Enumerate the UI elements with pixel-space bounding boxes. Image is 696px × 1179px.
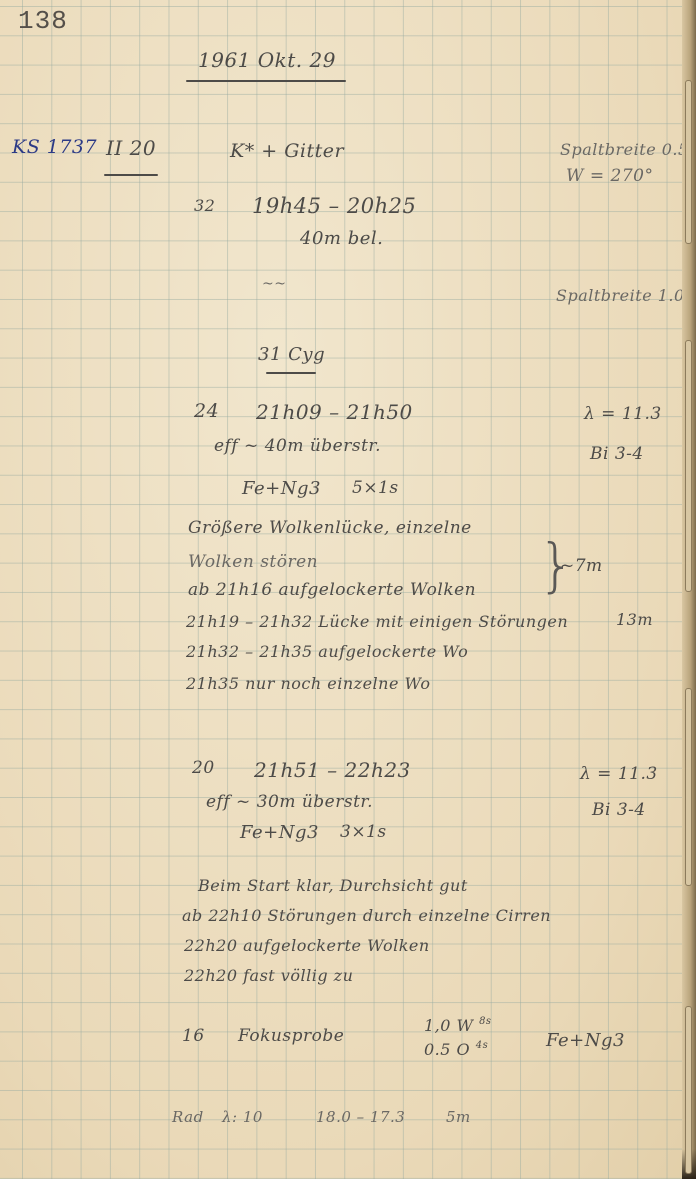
- remark-line: Beim Start klar, Durchsicht gut: [198, 876, 468, 895]
- exposure-note: 40m bel.: [300, 228, 383, 249]
- effective-exposure: eff ~ 30m überstr.: [206, 792, 373, 812]
- object-underline: [266, 372, 316, 374]
- binding-tab: [685, 1006, 692, 1174]
- slit-width-note-2: Spaltbreite 1.00: [556, 286, 695, 305]
- time-start: 21h09: [256, 400, 322, 424]
- remark-line: ab 22h10 Störungen durch einzelne Cirren: [182, 906, 551, 925]
- focus-unit: W: [457, 1016, 474, 1035]
- binding-tab: [685, 340, 692, 592]
- comparison-exposure: 3×1s: [340, 822, 387, 842]
- time-end: 22h23: [345, 758, 411, 782]
- remark-line: Wolken stören: [188, 552, 318, 572]
- time-range: 21h09 – 21h50: [256, 400, 413, 424]
- focus-unit: O: [457, 1040, 471, 1059]
- remark-line: 21h35 nur noch einzelne Wo: [186, 674, 431, 693]
- footer-range: 18.0 – 17.3: [316, 1108, 405, 1126]
- focus-time: 8s: [479, 1016, 491, 1027]
- remark-line: 21h32 – 21h35 aufgelockerte Wo: [186, 642, 468, 661]
- comparison-exposure: 5×1s: [352, 478, 399, 498]
- series-underline: [104, 174, 158, 176]
- time-start: 21h51: [254, 758, 320, 782]
- gap-duration: 13m: [616, 610, 653, 629]
- binding-tab: [685, 688, 692, 886]
- plate-label: KS 1737: [12, 136, 97, 158]
- remark-line: Größere Wolkenlücke, einzelne: [188, 518, 472, 538]
- time-start: 19h45: [252, 194, 321, 218]
- date-heading: 1961 Okt. 29: [198, 48, 336, 72]
- slit-width-note: Spaltbreite 0.50: [560, 140, 696, 159]
- page-number: 138: [18, 6, 68, 36]
- series-label: II 20: [106, 136, 156, 160]
- wavelength-setting: λ = 11.3: [584, 404, 662, 424]
- notebook-page: 138 1961 Okt. 29 KS 1737 II 20 K* + Gitt…: [0, 0, 696, 1179]
- focus-test-label: Fokusprobe: [238, 1026, 344, 1046]
- seeing-value: Bi 3-4: [590, 444, 644, 464]
- comparison-lamp: Fe+Ng3: [240, 822, 319, 843]
- seeing-value: Bi 3-4: [592, 800, 646, 820]
- remark-line: 21h19 – 21h32 Lücke mit einigen Störunge…: [186, 612, 568, 631]
- wavelength-setting: λ = 11.3: [580, 764, 658, 784]
- remark-line: 22h20 fast völlig zu: [184, 966, 353, 985]
- time-range: 21h51 – 22h23: [254, 758, 411, 782]
- exposure-number: 32: [194, 196, 215, 215]
- brace-duration: ~7m: [560, 556, 603, 576]
- footer-lambda: λ: 10: [222, 1108, 263, 1126]
- focus-value: 0.5: [424, 1040, 451, 1059]
- wavy-mark: ~~: [262, 276, 286, 292]
- remark-line: ab 21h16 aufgelockerte Wolken: [188, 580, 476, 600]
- focus-row-2: 0.5 O 4s: [424, 1040, 488, 1059]
- time-range: 19h45 – 20h25: [252, 194, 416, 218]
- angle-note: W = 270°: [566, 166, 653, 186]
- focus-value: 1,0: [424, 1016, 451, 1035]
- exposure-number: 20: [192, 758, 215, 778]
- binding-tab: [685, 80, 692, 244]
- focus-row-1: 1,0 W 8s: [424, 1016, 491, 1035]
- remark-line: 22h20 aufgelockerte Wolken: [184, 936, 430, 955]
- exposure-number: 24: [194, 400, 219, 422]
- comparison-lamp: Fe+Ng3: [242, 478, 321, 499]
- date-underline: [186, 80, 346, 82]
- setup-label: K* + Gitter: [230, 140, 344, 162]
- comparison-lamp: Fe+Ng3: [546, 1030, 625, 1051]
- footer-label: Rad: [172, 1108, 204, 1126]
- exposure-number: 16: [182, 1026, 205, 1046]
- time-end: 21h50: [347, 400, 413, 424]
- time-end: 20h25: [347, 194, 416, 218]
- effective-exposure: eff ~ 40m überstr.: [214, 436, 381, 456]
- object-name: 31 Cyg: [258, 344, 325, 365]
- focus-time: 4s: [476, 1040, 488, 1051]
- footer-duration: 5m: [446, 1108, 471, 1126]
